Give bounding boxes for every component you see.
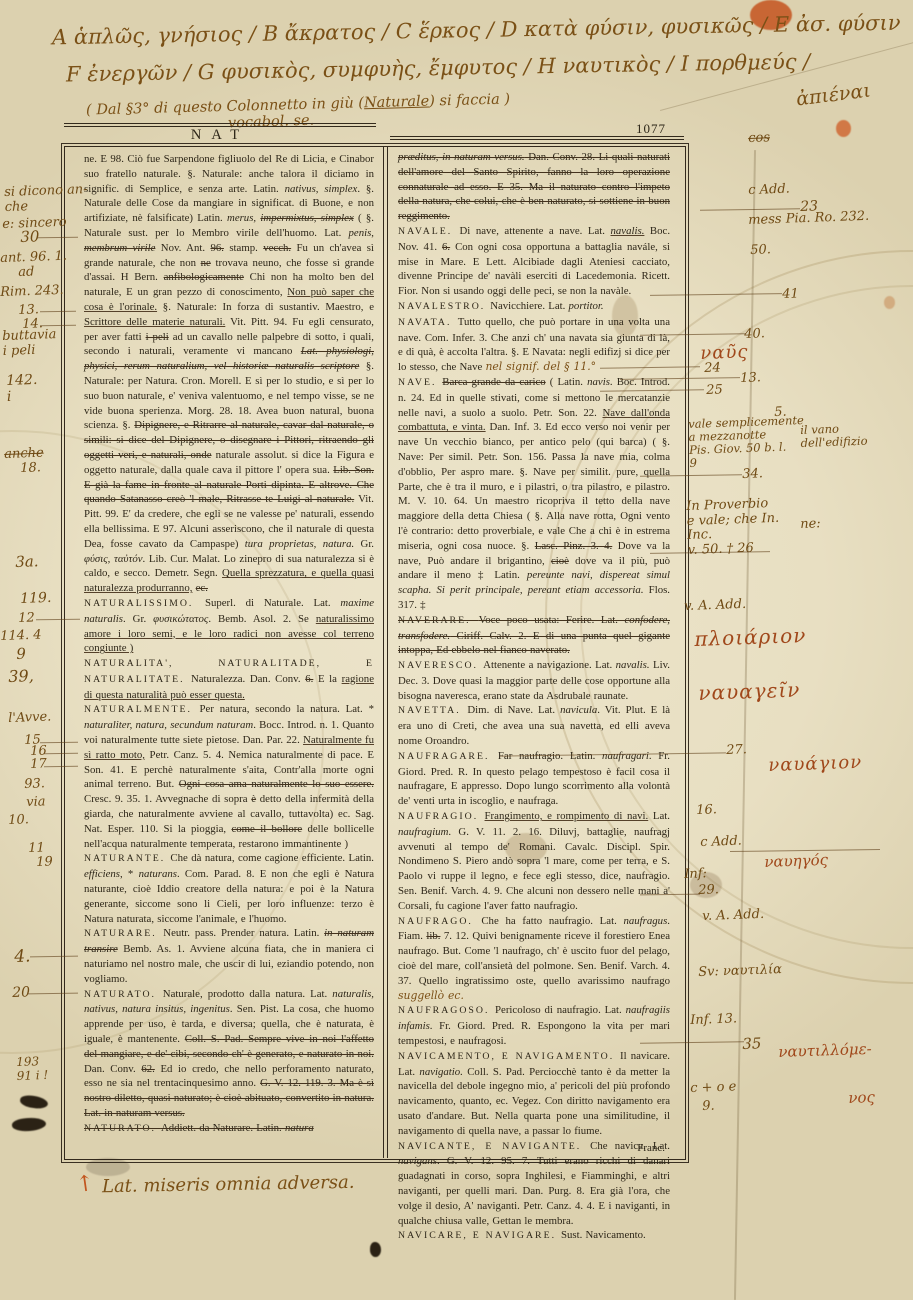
margin-note: 39, <box>8 667 34 686</box>
entry-headword: Naufragoso. <box>398 1005 495 1016</box>
entry-text: Addiett. da Naturare. Latin. <box>161 1122 285 1134</box>
margin-note: c + o e <box>690 1080 737 1096</box>
entry-text: Naturalezza. Dan. Conv. <box>191 673 305 685</box>
entry-text: , * <box>120 868 139 880</box>
entry-paragraph: Naturalissimo. Superl. di Naturale. Lat.… <box>84 596 374 656</box>
entry-text: navalis. <box>611 225 645 237</box>
bottom-note-arrow: ↑ <box>74 1171 96 1198</box>
entry-text: φυσικώτατος <box>153 613 208 625</box>
margin-note: v. A. Add. <box>702 908 764 925</box>
entry-headword: Navicare, e Navigare. <box>398 1230 561 1241</box>
line3-post: ) si faccia ) <box>429 91 510 109</box>
line3-word: Naturale <box>364 94 430 112</box>
entry-text: Attenente a navigazione. Lat. <box>483 659 615 671</box>
margin-note: 9 <box>16 646 26 663</box>
margin-note: 27. <box>726 743 747 758</box>
margin-note: 50. <box>750 243 771 258</box>
entry-text: navis <box>587 376 610 388</box>
margin-note: c Add. <box>748 183 790 199</box>
entry-paragraph: Naturato. Naturale, prodotto dalla natur… <box>84 987 374 1121</box>
entry-paragraph: Naufragoso. Pericoloso di naufragio. Lat… <box>398 1003 670 1048</box>
margin-note: 18. <box>20 461 41 476</box>
entry-headword: Navale. <box>398 226 459 237</box>
entry-headword: Naufrago. <box>398 916 481 927</box>
entry-headword: Navalestro. <box>398 301 490 312</box>
margin-note: si dicono an- che <box>4 183 88 215</box>
entry-text: 96. <box>210 242 224 254</box>
entry-text: merus, <box>227 212 256 224</box>
margin-note: 41 <box>782 287 799 302</box>
margin-note: v. A. Add. <box>684 598 746 615</box>
entry-paragraph: Naturante. Che dà natura, come cagione e… <box>84 851 374 926</box>
margin-note-greek: ναυτιλλόμε- <box>778 1041 872 1061</box>
margin-note: 142. i <box>6 373 38 406</box>
entry-text: Sust. Navicamento. <box>561 1229 646 1241</box>
entry-text: i peli <box>146 331 169 343</box>
entry-text: penis <box>349 227 372 239</box>
margin-note: 29. <box>698 883 719 898</box>
entry-text: ( Latin. <box>546 376 587 388</box>
entry-paragraph: Navetta. Dim. di Nave. Lat. navicula. Vi… <box>398 703 670 748</box>
entry-text: naturaliter, natura, secundum naturam <box>84 719 253 731</box>
margin-note: via <box>26 795 46 810</box>
entry-headword: Navata. <box>398 317 458 328</box>
entry-paragraph: præditus, in naturam versus. Dan. Conv. … <box>398 150 670 224</box>
margin-note: Rim. 243. <box>0 284 64 301</box>
entry-text: Dan. Inf. 3. Ed ecco verso noi venir per… <box>398 421 670 551</box>
entry-text: Di nave, attenente a nave. Lat. <box>459 225 610 237</box>
margin-note: In Proverbio e vale; che In. Inc. v. 50.… <box>686 497 780 559</box>
entry-text: ne <box>201 257 211 269</box>
entry-text: Scrittore delle materie naturali. <box>84 316 225 328</box>
entry-text: membrum virile <box>84 242 155 254</box>
bottom-note: Lat. miseris omnia adversa. <box>102 1172 355 1197</box>
right-column: præditus, in naturam versus. Dan. Conv. … <box>398 150 670 1244</box>
entry-paragraph: Navicare, e Navigare. Sust. Navicamento. <box>398 1228 670 1244</box>
margin-note: Inf. 13. <box>690 1012 737 1028</box>
margin-note-greek: πλοιάριον <box>694 624 807 650</box>
margin-note: il vano dell'edifizio <box>800 422 868 450</box>
entry-text: cioè <box>551 555 569 567</box>
margin-note: 114. 4 <box>0 629 42 645</box>
ink-stain <box>884 296 895 309</box>
entry-paragraph: Navicamento, e Navigamento. Il navicare.… <box>398 1049 670 1139</box>
entry-text: navigans <box>398 1155 437 1167</box>
entry-headword: Naturato. <box>84 1123 161 1134</box>
margin-note: 193 91 i ! <box>16 1055 48 1083</box>
entry-paragraph: ne. E 98. Ciò fue Sarpendone figliuolo d… <box>84 152 374 596</box>
margin-note: 119. <box>20 591 52 608</box>
page-number: 1077 <box>636 121 666 137</box>
entry-text: . G. V. 12. 95. 7. Tutti erano ricchi di… <box>398 1155 670 1226</box>
entry-text: Frangimento, e rompimento di navi. <box>485 810 649 822</box>
margin-note: 17 <box>30 757 47 772</box>
margin-note-greek: ναυάγιον <box>768 753 862 777</box>
entry-text: Naturale, prodotto dalla natura. Lat. <box>163 988 333 1000</box>
margin-note: 24 <box>704 361 721 376</box>
entry-headword: Naufragio. <box>398 811 485 822</box>
entry-paragraph: Navata. Tutto quello, che può portare in… <box>398 315 670 375</box>
entry-paragraph: Naverare. Voce poco usata: Ferire. Lat. … <box>398 613 670 658</box>
entry-text: 62. <box>141 1063 155 1075</box>
entry-text: Navicchiere. Lat. <box>490 300 568 312</box>
entry-text: . Bemb. Asol. 2. Se <box>208 613 316 625</box>
entry-text: vecch. <box>263 242 291 254</box>
running-head: NAT <box>64 127 376 144</box>
left-column: ne. E 98. Ciò fue Sarpendone figliuolo d… <box>84 152 374 1137</box>
margin-note: cos <box>748 131 770 146</box>
margin-note: 3a. <box>15 553 39 571</box>
entry-text: Che dà natura, come cagione efficiente. … <box>170 852 374 864</box>
entry-paragraph: Naufragare. Far naufragio. Latin. naufra… <box>398 749 670 809</box>
entry-text: Cresc. 9. 35. 1. Avvegnache di sopra <box>84 793 251 805</box>
ink-stain <box>836 120 851 137</box>
entry-headword: Naturalmente. <box>84 704 200 715</box>
entry-text: §. Naturale: In forza di sustantiv. Maes… <box>157 301 374 313</box>
margin-note: 9. <box>702 1100 715 1115</box>
entry-text: Superl. di Naturale. Lat. <box>205 597 340 609</box>
entry-text: natura <box>285 1122 314 1134</box>
margin-note-greek: νος <box>848 1089 875 1107</box>
entry-text: Dan. Conv. <box>84 1063 141 1075</box>
entry-text: Ogni cosa ama naturalmente lo suo essere… <box>179 778 374 790</box>
margin-note: Inf: <box>684 867 707 882</box>
entry-text: ec. <box>196 582 208 594</box>
entry-paragraph: Naturare. Neutr. pass. Prender natura. L… <box>84 926 374 986</box>
entry-text: suggellò ec. <box>398 989 464 1002</box>
catchword: Franc. <box>565 1142 665 1154</box>
entry-text: φύσις, ταὐτόν <box>84 553 143 565</box>
entry-text: naufragari <box>602 750 649 762</box>
entry-text: lib. <box>426 930 440 942</box>
entry-text: nel signif. del § 11.° <box>485 360 596 373</box>
margin-note-greek: ναυαγεῖν <box>698 678 801 704</box>
entry-paragraph: Naturalita', Naturalitade, e Naturalitat… <box>84 656 374 702</box>
margin-note-greek: ναυηγός <box>764 852 828 871</box>
margin-note: Sv: ναυτιλία <box>698 963 782 981</box>
entry-text: Lasc. Pinz. 3. 4. <box>535 540 613 552</box>
entry-headword: Navicamento, e Navigamento. <box>398 1051 620 1062</box>
entry-text: . G. V. 11. 2. 16. Diluvj, battaglie, na… <box>398 826 670 912</box>
entry-headword: Navicante, e Navigante. <box>398 1141 590 1152</box>
entry-text: Voce poco usata: Ferire. Lat. <box>479 614 625 626</box>
margin-note: vale semplicemente a mezzanotte Pis. Gio… <box>688 414 805 470</box>
entry-text: naufragium <box>398 826 448 838</box>
entry-text: Che ha fatto naufragio. Lat. <box>481 915 623 927</box>
entry-text: navalis. <box>616 659 650 671</box>
margin-note: 10. <box>8 813 29 828</box>
entry-headword: Navetta. <box>398 705 467 716</box>
entry-text: Bemb. As. 1. Avviene alcuna fiata, che i… <box>84 943 374 985</box>
margin-note: 13. <box>740 371 761 386</box>
margin-note: 12 <box>18 611 35 626</box>
entry-headword: Naveresco. <box>398 660 483 671</box>
entry-paragraph: Naturato. Addiett. da Naturare. Latin. n… <box>84 1121 374 1137</box>
entry-paragraph: Navale. Di nave, attenente a nave. Lat. … <box>398 224 670 299</box>
entry-paragraph: Nave. Barca grande da carico ( Latin. na… <box>398 375 670 613</box>
entry-paragraph: Naufragio. Frangimento, e rompimento di … <box>398 809 670 914</box>
entry-text: portitor. <box>569 300 604 312</box>
entry-paragraph: Navalestro. Navicchiere. Lat. portitor. <box>398 299 670 315</box>
entry-text: naufragus <box>623 915 667 927</box>
entry-text: Nov. Ant. <box>155 242 210 254</box>
entry-headword: Naverare. <box>398 615 479 626</box>
entry-text: efficiens <box>84 868 120 880</box>
entry-paragraph: Naufrago. Che ha fatto naufragio. Lat. n… <box>398 914 670 1004</box>
entry-text: Lat. <box>648 810 670 822</box>
entry-headword: Naturato. <box>84 989 163 1000</box>
entry-text: Per natura, secondo la natura. Lat. * <box>200 703 374 715</box>
entry-text: tura proprietas, natura. <box>245 538 354 550</box>
margin-note: 35 <box>742 1035 762 1053</box>
margin-note: 19 <box>36 855 53 870</box>
margin-note: 25 <box>706 383 723 398</box>
entry-text: E la <box>313 673 341 685</box>
entry-text: impermixtus, simplex <box>260 212 353 224</box>
entry-text: nativus, simplex <box>285 183 358 195</box>
entry-text: Pericoloso di naufragio. Lat. <box>495 1004 626 1016</box>
margin-note: ad <box>18 265 35 280</box>
margin-note: l'Avve. <box>8 710 52 726</box>
entry-text: . Fr. Giord. Pred. R. Espongono la vita … <box>398 1020 670 1047</box>
margin-note: buttavia i peli <box>2 328 57 359</box>
entry-headword: Naturalissimo. <box>84 598 205 609</box>
entry-text: Gr. <box>354 538 374 550</box>
column-divider-rule <box>383 146 388 1158</box>
margin-note: 93. <box>24 777 45 792</box>
entry-headword: Nave. <box>398 377 442 388</box>
entry-paragraph: Naturalmente. Per natura, secondo la nat… <box>84 702 374 851</box>
entry-text: anfibologicamente <box>164 271 244 283</box>
entry-text: præditus, in naturam versus. <box>398 151 525 163</box>
margin-note: 16. <box>696 803 717 818</box>
entry-text: navigatio. <box>419 1066 462 1078</box>
entry-text: 6. <box>442 241 450 253</box>
entry-headword: Naturante. <box>84 853 170 864</box>
entry-text: Barca grande da carico <box>442 376 545 388</box>
margin-note: 34. <box>742 467 763 482</box>
margin-note: 30 <box>20 228 40 246</box>
entry-text: naturans <box>139 868 177 880</box>
entry-headword: Naufragare. <box>398 751 498 762</box>
entry-headword: Naturare. <box>84 928 163 939</box>
entry-text: navicula <box>560 704 597 716</box>
margin-note: 4. <box>14 947 31 967</box>
entry-text: Neutr. pass. Prender natura. Latin. <box>163 927 324 939</box>
entry-text: . Gr. <box>123 613 153 625</box>
margin-note: c Add. <box>700 835 742 851</box>
entry-text: Dim. di Nave. Lat. <box>467 704 560 716</box>
entry-paragraph: Naveresco. Attenente a navigazione. Lat.… <box>398 658 670 703</box>
entry-text: stamp. <box>224 242 263 254</box>
ink-blot <box>370 1242 381 1257</box>
entry-text: come il bollore <box>231 823 302 835</box>
entry-text: , <box>371 227 374 239</box>
margin-note: ne: <box>800 517 821 532</box>
